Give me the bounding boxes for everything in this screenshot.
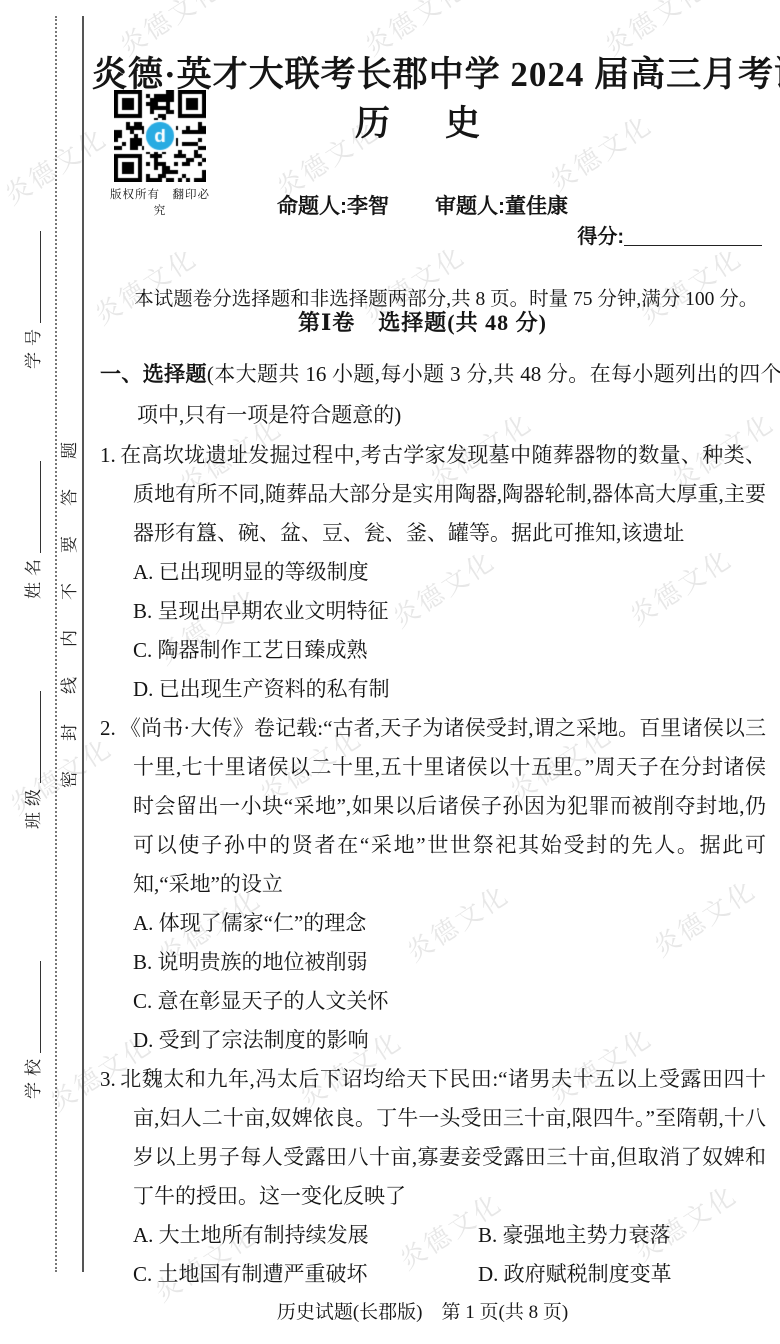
question-stem: 在高坎垅遗址发掘过程中,考古学家发现墓中随葬器物的数量、种类、质地有所不同,随葬… <box>120 443 766 545</box>
section1-heading: 一、选择题(本大题共 16 小题,每小题 3 分,共 48 分。在每小题列出的四… <box>100 354 780 435</box>
student-id-blank <box>23 231 41 323</box>
seal-line-text: 密封线内不要答题 <box>55 400 77 800</box>
answer-option: B. 豪强地主势力衰落 <box>478 1216 766 1255</box>
margin-field-name: 姓名 <box>19 440 41 620</box>
question-stem: 《尚书·大传》卷记载:“古者,天子为诸侯受封,谓之采地。百里诸侯以三十里,七十里… <box>120 716 766 896</box>
answer-option: A. 体现了儒家“仁”的理念 <box>100 904 766 943</box>
question-number: 1. <box>100 443 116 467</box>
answer-option: C. 意在彰显天子的人文关怀 <box>100 982 766 1021</box>
question-options: A. 大土地所有制持续发展B. 豪强地主势力衰落C. 土地国有制遭严重破坏D. … <box>100 1216 766 1294</box>
class-blank <box>23 691 41 783</box>
setter-label: 命题人:李智 <box>277 190 389 220</box>
name-blank <box>23 461 41 553</box>
answer-option: A. 大土地所有制持续发展 <box>133 1216 478 1255</box>
answer-option: D. 已出现生产资料的私有制 <box>100 670 766 709</box>
exam-paper-page: 炎德文化炎德文化炎德文化炎德文化炎德文化炎德文化炎德文化炎德文化炎德文化炎德文化… <box>0 0 780 1344</box>
seal-solid-line <box>82 16 84 1272</box>
authors-row: 命题人:李智 审题人:董佳康 <box>95 190 750 220</box>
score-blank <box>624 225 762 246</box>
student-id-label: 学号 <box>24 323 43 369</box>
question: 3.北魏太和九年,冯太后下诏均给天下民田:“诸男夫十五以上受露田四十亩,妇人二十… <box>100 1060 766 1294</box>
question-number: 3. <box>100 1067 116 1091</box>
margin-field-student-id: 学号 <box>19 210 41 390</box>
score-label: 得分: <box>577 226 624 248</box>
question-number: 2. <box>100 716 116 740</box>
class-label: 班级 <box>24 783 43 829</box>
section1-label: 一、选择题 <box>100 363 207 386</box>
answer-option: A. 已出现明显的等级制度 <box>100 553 766 592</box>
question-stem-line: 2.《尚书·大传》卷记载:“古者,天子为诸侯受封,谓之采地。百里诸侯以三十里,七… <box>100 709 766 904</box>
page-footer: 历史试题(长郡版) 第 1 页(共 8 页) <box>95 1297 750 1324</box>
school-blank <box>23 961 41 1053</box>
margin-field-class: 班级 <box>19 670 41 850</box>
answer-option: B. 呈现出早期农业文明特征 <box>100 592 766 631</box>
margin-field-school: 学校 <box>19 940 41 1120</box>
answer-option: C. 土地国有制遭严重破坏 <box>133 1255 478 1294</box>
question: 1.在高坎垅遗址发掘过程中,考古学家发现墓中随葬器物的数量、种类、质地有所不同,… <box>100 436 766 709</box>
school-label: 学校 <box>24 1053 43 1099</box>
section1-desc: (本大题共 16 小题,每小题 3 分,共 48 分。在每小题列出的四个选项中,… <box>137 362 780 427</box>
answer-option: B. 说明贵族的地位被削弱 <box>100 943 766 982</box>
question-stem-line: 1.在高坎垅遗址发掘过程中,考古学家发现墓中随葬器物的数量、种类、质地有所不同,… <box>100 436 766 553</box>
part1-heading: 第Ⅰ卷 选择题(共 48 分) <box>95 306 750 337</box>
question-stem: 北魏太和九年,冯太后下诏均给天下民田:“诸男夫十五以上受露田四十亩,妇人二十亩,… <box>120 1067 766 1208</box>
answer-option: D. 受到了宗法制度的影响 <box>100 1021 766 1060</box>
name-label: 姓名 <box>24 553 43 599</box>
question: 2.《尚书·大传》卷记载:“古者,天子为诸侯受封,谓之采地。百里诸侯以三十里,七… <box>100 709 766 1060</box>
question-stem-line: 3.北魏太和九年,冯太后下诏均给天下民田:“诸男夫十五以上受露田四十亩,妇人二十… <box>100 1060 766 1216</box>
question-options: A. 体现了儒家“仁”的理念B. 说明贵族的地位被削弱C. 意在彰显天子的人文关… <box>100 904 766 1060</box>
answer-option: D. 政府赋税制度变革 <box>478 1255 766 1294</box>
score-row: 得分: <box>577 220 762 249</box>
subject-title: 历 史 <box>95 96 750 146</box>
reviewer-label: 审题人:董佳康 <box>435 190 568 220</box>
answer-option: C. 陶器制作工艺日臻成熟 <box>100 631 766 670</box>
question-options: A. 已出现明显的等级制度B. 呈现出早期农业文明特征C. 陶器制作工艺日臻成熟… <box>100 553 766 709</box>
question-list: 1.在高坎垅遗址发掘过程中,考古学家发现墓中随葬器物的数量、种类、质地有所不同,… <box>100 436 766 1294</box>
